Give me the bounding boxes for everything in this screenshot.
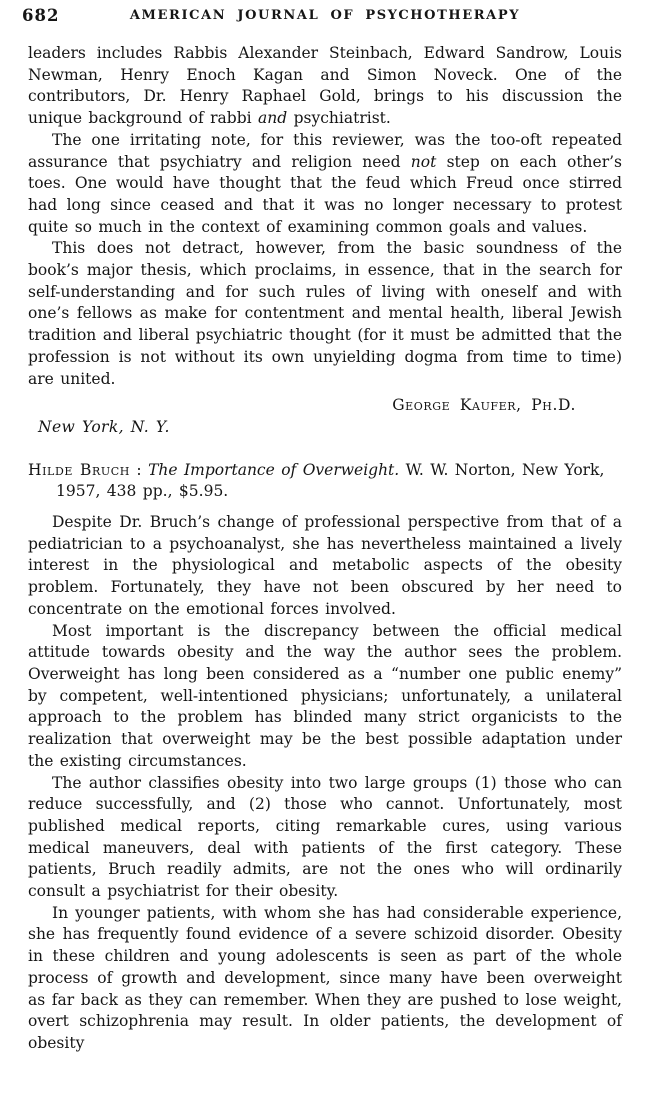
kaufer-review-paragraph-2: The one irritating note, for this review… bbox=[28, 130, 622, 239]
bruch-review-paragraph-3: The author classifies obesity into two l… bbox=[28, 773, 622, 903]
paragraph-text: This does not detract, however, from the… bbox=[28, 239, 622, 387]
page-body: leaders includes Rabbis Alexander Steinb… bbox=[28, 43, 622, 1055]
bruch-review-heading: Hilde Bruch : The Importance of Overweig… bbox=[28, 460, 622, 503]
journal-title: AMERICAN JOURNAL OF PSYCHOTHERAPY bbox=[28, 6, 622, 23]
book-author: Hilde Bruch bbox=[28, 461, 130, 479]
italic-word: not bbox=[411, 153, 437, 171]
paragraph-text: Despite Dr. Bruch’s change of profession… bbox=[28, 513, 622, 618]
reviewer-name: George Kaufer, Ph.D. bbox=[392, 396, 576, 414]
bruch-review-paragraph-1: Despite Dr. Bruch’s change of profession… bbox=[28, 512, 622, 621]
kaufer-review-paragraph-3: This does not detract, however, from the… bbox=[28, 238, 622, 390]
reviewer-location: New York, N. Y. bbox=[28, 417, 622, 439]
page-number: 682 bbox=[22, 6, 59, 25]
paragraph-text: Most important is the discrepancy betwee… bbox=[28, 622, 622, 770]
reviewer-signature: George Kaufer, Ph.D. bbox=[28, 395, 622, 417]
paragraph-text: The author classifies obesity into two l… bbox=[28, 774, 622, 901]
heading-separator: : bbox=[130, 461, 148, 479]
paragraph-text: psychiatrist. bbox=[287, 109, 391, 127]
book-title: The Importance of Overweight. bbox=[148, 461, 399, 479]
bruch-review-paragraph-4: In younger patients, with whom she has h… bbox=[28, 903, 622, 1055]
italic-word: and bbox=[258, 109, 287, 127]
bruch-review-paragraph-2: Most important is the discrepancy betwee… bbox=[28, 621, 622, 773]
paragraph-text: In younger patients, with whom she has h… bbox=[28, 904, 622, 1052]
journal-page-scan: 682 AMERICAN JOURNAL OF PSYCHOTHERAPY le… bbox=[0, 0, 650, 1095]
kaufer-review-paragraph-continuation: leaders includes Rabbis Alexander Steinb… bbox=[28, 43, 622, 130]
running-head: 682 AMERICAN JOURNAL OF PSYCHOTHERAPY bbox=[28, 6, 622, 26]
